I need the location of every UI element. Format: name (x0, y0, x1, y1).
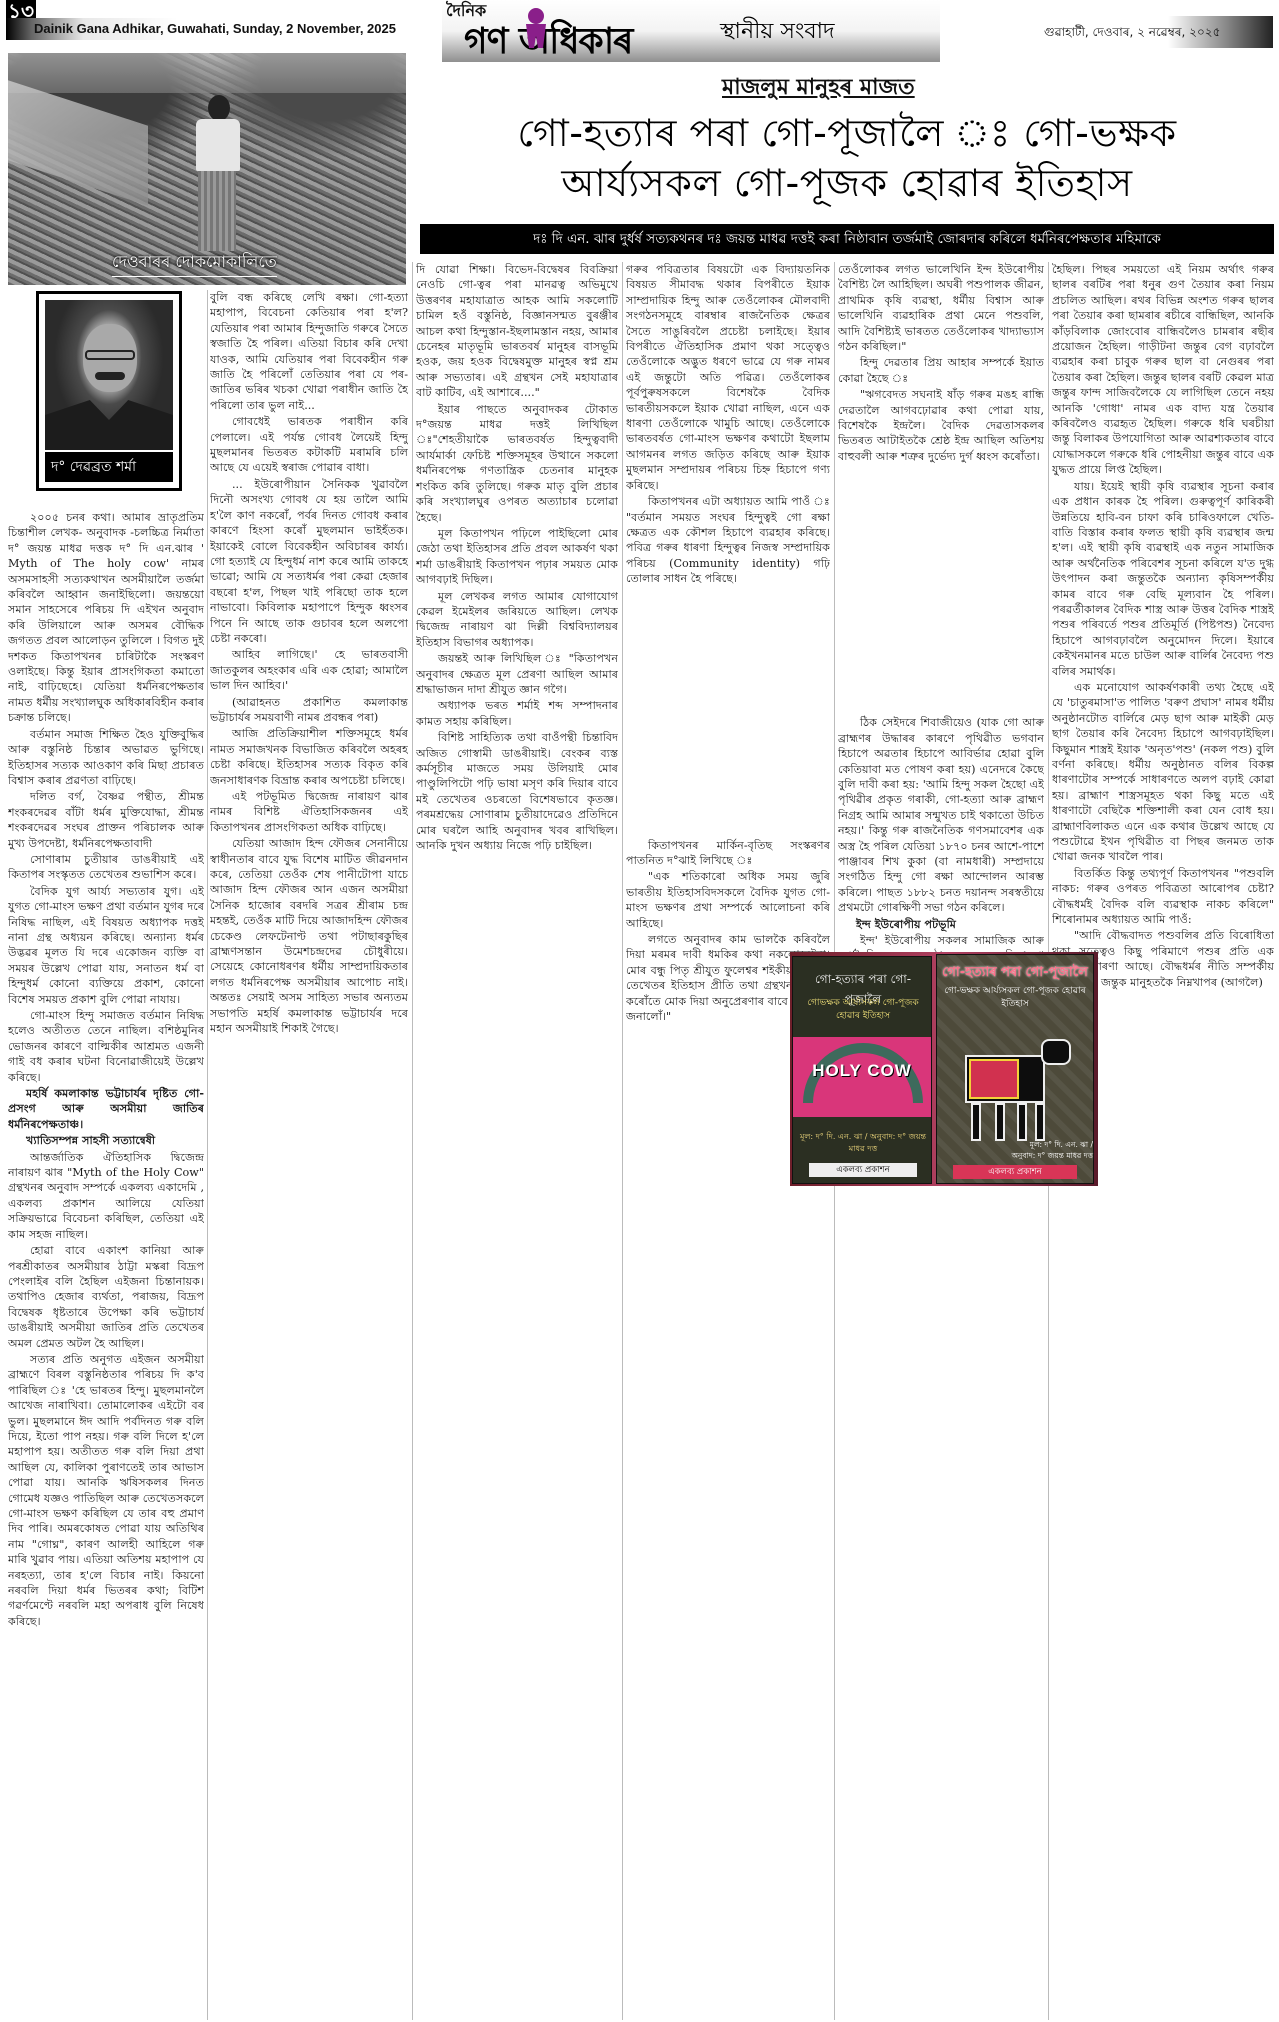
paragraph: জয়ন্তই আৰু লিখিছিল ঃ "কিতাপখন অনুবাদৰ ক… (416, 651, 618, 697)
article-deck: দঃ দি এন. ঝাৰ দুৰ্ধৰ্ষ সত্যকথনৰ দঃ জয়ন্… (420, 224, 1274, 254)
paragraph: সোণাৰাম চুতীয়াৰ ডাঙৰীয়াই এই কিতাপৰ সংস… (8, 852, 204, 883)
paragraph: মূল লেখকৰ লগত আমাৰ যোগাযোগ কেৱল ইমেইলৰ জ… (416, 589, 618, 651)
paragraph: এক মনোযোগ আকৰ্ষণকাৰী তথ্য হৈছে এই যে 'চা… (1052, 680, 1274, 865)
paragraph: হৈছিল। পিছৰ সময়তো এই নিয়ম অৰ্থাৎ গৰুৰ … (1052, 262, 1274, 478)
paragraph: অধ্যাপক ভৰত শৰ্মাই শব্দ সম্পাদনাৰ কামত স… (416, 698, 618, 729)
paragraph: হোৱা বাবে একাংশ কানিয়া আৰু পৰশ্ৰীকাতৰ অ… (8, 1243, 204, 1351)
paragraph: ২০০৫ চনৰ কথা। আমাৰ ভ্ৰাতৃপ্ৰতিম চিন্তাশী… (8, 510, 204, 726)
section-title: স্থানীয় সংবাদ (720, 14, 835, 51)
headline-line-2: আৰ্য্যসকল গো-পূজক হোৱাৰ ইতিহাস (420, 158, 1274, 208)
book-authors: মূল: দ° দি. এন. ঝা / অনুবাদ: দ° জয়ন্ত ম… (797, 1131, 929, 1155)
logo-name: গণ অধিকাৰ (464, 14, 632, 74)
paragraph: যেতিয়া আজাদ হিন্দ ফৌজৰ সেনানীয়ে স্বাধী… (210, 836, 408, 1036)
paragraph: গো-মাংস হিন্দু সমাজত বৰ্তমান নিষিদ্ধ হলে… (8, 1008, 204, 1085)
author-photo (45, 300, 173, 450)
paragraph: হিন্দু দেৱতাৰ প্ৰিয় আহাৰ সম্পৰ্কে ইয়াত… (838, 355, 1044, 386)
lead-photo-demolished-house: দেওবাৰৰ দোকমোকালিতে (8, 53, 406, 285)
book-cover-decorated-cow: গো-হত্যাৰ পৰা গো-পূজালৈ গো-ভক্ষক আৰ্য্যস… (936, 954, 1094, 1184)
paragraph: যায়। ইয়েই স্থায়ী কৃষি ব্যৱস্থাৰ সূচনা… (1052, 479, 1274, 679)
paragraph: বিশিষ্ট সাহিত্যিক তথা বাওঁপন্থী চিন্তাবি… (416, 730, 618, 853)
paragraph: এই পটভূমিত দ্বিজেন্দ্ৰ নাৰায়ণ ঝাৰ নামৰ … (210, 789, 408, 835)
paragraph: আন্তৰ্জাতিক ঐতিহাসিক দ্বিজেন্দ্ৰ নাৰায়ণ… (8, 1150, 204, 1242)
section-subhead: মহৰ্ষি কমলাকান্ত ভট্টাচাৰ্যৰ দৃষ্টিত গো-… (8, 1086, 204, 1132)
book-covers-photo: গো-হত্যাৰ পৰা গো-পূজালৈ গোভক্ষক আৰ্য্যসক… (790, 952, 1098, 1186)
headline-line-1: গো-হত্যাৰ পৰা গো-পূজালৈ ঃ গো-ভক্ষক (420, 108, 1274, 158)
photo-caption: দেওবাৰৰ দোকমোকালিতে (112, 249, 277, 277)
paragraph: বিতৰ্কিত কিন্তু তথ্যপূৰ্ণ কিতাপখনৰ "পশুব… (1052, 866, 1274, 928)
book-title: গো-হত্যাৰ পৰা গো-পূজালৈ (937, 963, 1093, 984)
article-headline: গো-হত্যাৰ পৰা গো-পূজালৈ ঃ গো-ভক্ষক আৰ্য্… (420, 108, 1274, 208)
column-divider (412, 262, 413, 2020)
paragraph: গৰুৰ পবিত্ৰতাৰ বিষয়টো এক বিদ্যায়তনিক ব… (626, 262, 830, 493)
newspaper-logo: দৈনিক গণ অধিকাৰ স্থানীয় সংবাদ (442, 0, 940, 62)
book-image-spacer (626, 588, 830, 838)
paragraph: কিতাপখনৰ এটা অধ্যায়ত আমি পাওঁ ঃ "বৰ্তমা… (626, 494, 830, 586)
paragraph: বুলি বন্ধ কৰিছে লেখি ৰক্ষা। গো-হত্যা মহা… (210, 290, 408, 413)
author-name: দ° দেৱব্ৰত শৰ্মা (45, 452, 173, 482)
article-column-2: বুলি বন্ধ কৰিছে লেখি ৰক্ষা। গো-হত্যা মহা… (210, 290, 408, 2020)
paragraph: বৈদিক যুগ আৰ্য্য সভ্যতাৰ যুগ। এই যুগত গো… (8, 884, 204, 1007)
section-subhead: খ্যাতিসম্পন্ন সাহসী সত্যান্বেষী (8, 1133, 204, 1148)
column-divider (207, 290, 208, 2020)
column-divider (622, 262, 623, 2020)
paragraph: গোবধেই ভাৰতক পৰাধীন কৰি পেলালে। এই পৰ্যন… (210, 414, 408, 476)
section-subhead: ইন্দ ইউৰোপীয় পটভূমি (838, 917, 1044, 932)
paragraph: (আৱাহনত প্ৰকাশিত কমলাকান্ত ভট্টাচাৰ্যৰ স… (210, 695, 408, 726)
article-column-1: ২০০৫ চনৰ কথা। আমাৰ ভ্ৰাতৃপ্ৰতিম চিন্তাশী… (8, 510, 204, 2020)
book-publisher: একলব্য প্ৰকাশন (809, 1163, 917, 1177)
paragraph: দি যোৱা শিক্ষা। বিভেদ-বিদ্বেষৰ বিবক্ৰিয়… (416, 262, 618, 401)
people-raising-globe-icon (524, 8, 548, 48)
book-publisher: একলব্য প্ৰকাশন (953, 1165, 1077, 1179)
paragraph: কিতাপখনৰ মাৰ্কিন-বৃতিছ সংস্কৰণৰ পাতনিত দ… (626, 838, 830, 869)
book-subtitle: গো-ভক্ষক আৰ্য্যসকল গো-পূজক হোৱাৰ ইতিহাস (937, 985, 1093, 1011)
book-cover-holy-cow: গো-হত্যাৰ পৰা গো-পূজালৈ গোভক্ষক আৰ্য্যসক… (792, 956, 932, 1184)
article-column-3: দি যোৱা শিক্ষা। বিভেদ-বিদ্বেষৰ বিবক্ৰিয়… (416, 262, 618, 2020)
paragraph: তেওঁলোকৰ লগত ভালেখিনি ইন্দ ইউৰোপীয় বৈশি… (838, 262, 1044, 354)
book-subtitle: গোভক্ষক আৰ্য্যসকল গো-পূজক হোৱাৰ ইতিহাস (797, 997, 929, 1023)
paragraph: ঠিক সেইদৰে শিবাজীয়েও (যাক গো আৰু ব্ৰাহ্… (838, 715, 1044, 915)
paragraph: ... ইউৰোপীয়ান সৈনিকক খুৱাবলৈ দিনৌ অসংখ্… (210, 477, 408, 646)
book-authors: মূল: দ° দি. এন. ঝা / অনুবাদ: দ° জয়ন্ত ম… (1007, 1139, 1093, 1161)
paragraph: মূল কিতাপখন পঢ়িলে পাইছিলো মোৰ জেঠা তথা … (416, 526, 618, 588)
paragraph: ইয়াৰ পাছতে অনুবাদকৰ টোকাত দ°জয়ন্ত মাধৱ… (416, 402, 618, 525)
book-image-spacer (838, 465, 1044, 715)
article-kicker: মাজলুম মানুহৰ মাজত (722, 70, 915, 107)
author-portrait: দ° দেৱব্ৰত শৰ্মা (36, 291, 182, 491)
dateline-assamese: গুৱাহাটী, দেওবাৰ, ২ নৱেম্বৰ, ২০২৫ (1040, 16, 1273, 48)
paragraph: বৰ্তমান সমাজ শিক্ষিত হৈও যুক্তিবুদ্ধিৰ আ… (8, 727, 204, 789)
paragraph: আজি প্ৰতিক্ৰিয়াশীল শক্তিসমূহে ধৰ্মৰ নাম… (210, 726, 408, 788)
paragraph: দলিত বৰ্গ, বৈষ্ণৱ পন্থীত, শ্ৰীমন্ত শংকৰদ… (8, 789, 204, 851)
paragraph: "ঋগবেদত সঘনাই ষাঁড় গৰুৰ মঙহ ৰান্ধি দেৱত… (838, 387, 1044, 464)
paragraph: সত্যৰ প্ৰতি অনুগত এইজন অসমীয়া ব্ৰাহ্মণে… (8, 1352, 204, 1629)
dateline-english: Dainik Gana Adhikar, Guwahati, Sunday, 2… (6, 18, 436, 40)
book-banner: HOLY COW (793, 1061, 931, 1081)
paragraph: "এক শতিকাৰো অধিক সময় জুৰি ভাৰতীয় ইতিহা… (626, 869, 830, 931)
paragraph: আহিব লাগিছে।' হে ভাৰতবাসী জাতকুলৰ অহংকাৰ… (210, 647, 408, 693)
